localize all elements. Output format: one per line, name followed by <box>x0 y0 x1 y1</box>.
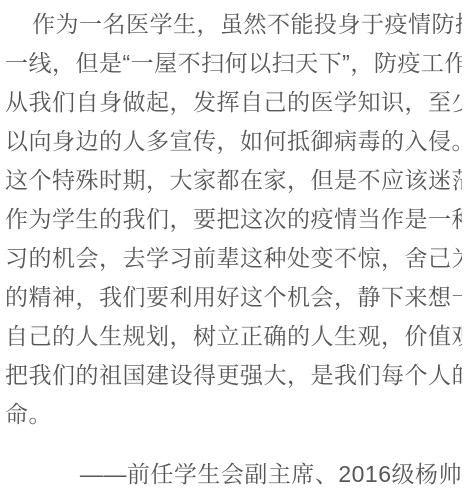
paragraph-line: 从我们自身做起，发挥自己的医学知识，至少可 <box>5 83 462 122</box>
attribution-line: ——前任学生会副主席、2016级杨帅 <box>5 455 462 489</box>
paragraph-line: 这个特殊时期，大家都在家，但是不应该迷茫， <box>5 161 462 200</box>
paragraph-line: 作为学生的我们，要把这次的疫情当作是一种学 <box>5 200 462 239</box>
paragraph-line: 一线，但是“一屋不扫何以扫天下”，防疫工作更要 <box>5 44 462 83</box>
paragraph-line: 以向身边的人多宣传，如何抵御病毒的入侵。在 <box>5 122 462 161</box>
paragraph-line: 命。 <box>5 395 462 434</box>
paragraph: 作为一名医学生，虽然不能投身于疫情防控的一线，但是“一屋不扫何以扫天下”，防疫工… <box>5 5 462 434</box>
paragraph-line: 习的机会，去学习前辈这种处变不惊，舍己为人 <box>5 239 462 278</box>
paragraph-line: 自己的人生规划，树立正确的人生观，价值观。 <box>5 317 462 356</box>
paragraph-line: 的精神，我们要利用好这个机会，静下来想一想 <box>5 278 462 317</box>
paragraph-line: 作为一名医学生，虽然不能投身于疫情防控的 <box>5 5 462 44</box>
article-body: 作为一名医学生，虽然不能投身于疫情防控的一线，但是“一屋不扫何以扫天下”，防疫工… <box>0 0 470 489</box>
paragraph-line: 把我们的祖国建设得更强大，是我们每个人的使 <box>5 356 462 395</box>
